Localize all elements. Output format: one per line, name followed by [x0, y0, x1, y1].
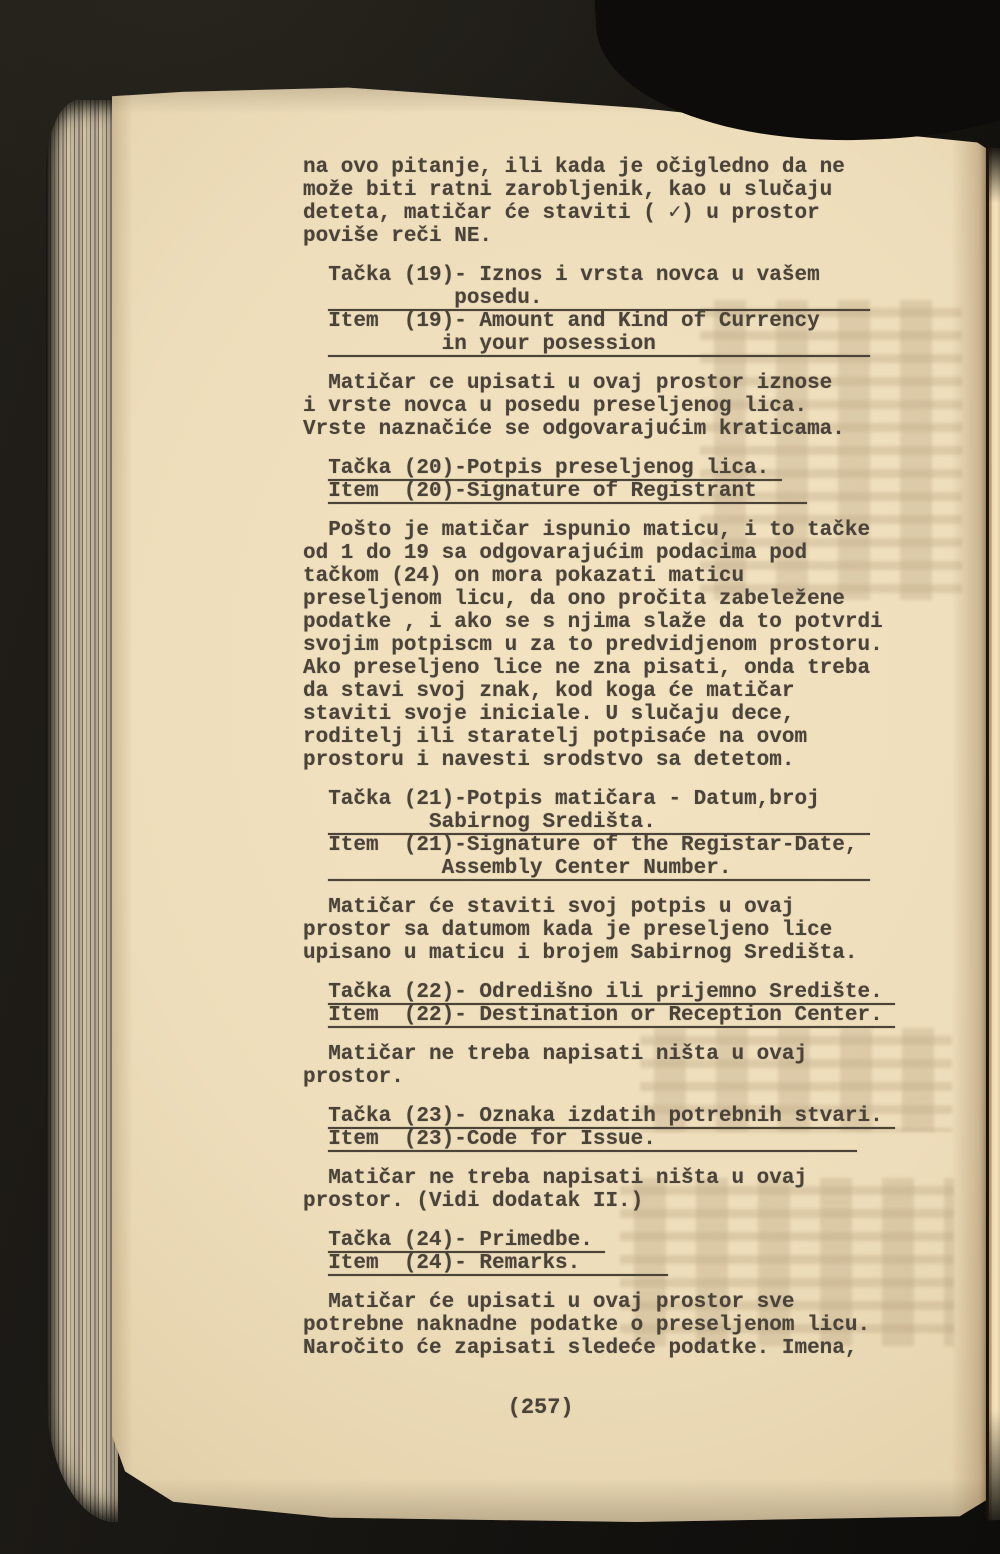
text-line: prostor sa datumom kada je preseljeno li…: [303, 919, 863, 942]
page-number: (257): [303, 1396, 778, 1419]
heading-line: Tačka (22)- Odredišno ili prijemno Sredi…: [328, 981, 863, 1004]
heading-line: Sabirnog Središta.: [328, 811, 863, 834]
underline-rule: [328, 355, 870, 357]
text-line: preseljenom licu, da ono pročita zabelež…: [303, 588, 863, 611]
page-text: na ovo pitanje, ili kada je očigledno da…: [303, 156, 863, 1419]
page-edges-stack: [46, 100, 118, 1522]
text-line: staviti svoje iniciale. U slučaju dece,: [303, 703, 863, 726]
paragraph: Matičar ne treba napisati ništa u ovajpr…: [303, 1167, 863, 1213]
text-line: deteta, matičar će staviti ( ✓) u prosto…: [303, 202, 863, 225]
paragraph: Matičar će staviti svoj potpis u ovajpro…: [303, 896, 863, 965]
text-line: na ovo pitanje, ili kada je očigledno da…: [303, 156, 863, 179]
item-heading: Tačka (22)- Odredišno ili prijemno Sredi…: [328, 981, 863, 1027]
text-line: upisano u maticu i brojem Sabirnog Sredi…: [303, 942, 863, 965]
item-heading: Tačka (24)- Primedbe.Item (24)- Remarks.: [328, 1229, 863, 1275]
item-heading: Tačka (19)- Iznos i vrsta novca u vašem …: [328, 264, 863, 356]
underline-rule: [328, 1026, 895, 1028]
paragraph: Matičar će upisati u ovaj prostor svepot…: [303, 1291, 863, 1360]
heading-line: Tačka (21)-Potpis matičara - Datum,broj: [328, 788, 863, 811]
heading-line: Item (23)-Code for Issue.: [328, 1128, 863, 1151]
heading-line: Tačka (20)-Potpis preseljenog lica.: [328, 457, 863, 480]
paragraph: Matičar ne treba napisati ništa u ovajpr…: [303, 1043, 863, 1089]
text-line: može biti ratni zarobljenik, kao u sluča…: [303, 179, 863, 202]
heading-line: Tačka (23)- Oznaka izdatih potrebnih stv…: [328, 1105, 863, 1128]
underline-rule: [328, 1274, 668, 1276]
text-line: da stavi svoj znak, kod koga će matičar: [303, 680, 863, 703]
underline-rule: [328, 879, 870, 881]
text-line: tačkom (24) on mora pokazati maticu: [303, 565, 863, 588]
text-line: roditelj ili staratelj potpisaće na ovom: [303, 726, 863, 749]
text-line: od 1 do 19 sa odgovarajućim podacima pod: [303, 542, 863, 565]
text-line: potrebne naknadne podatke o preseljenom …: [303, 1314, 863, 1337]
book-page: na ovo pitanje, ili kada je očigledno da…: [112, 76, 986, 1522]
text-line: svojim potpiscm u za to predvidjenom pro…: [303, 634, 863, 657]
text-line: Matičar će staviti svoj potpis u ovaj: [303, 896, 863, 919]
item-heading: Tačka (20)-Potpis preseljenog lica.Item …: [328, 457, 863, 503]
heading-line: Item (21)-Signature of the Registar-Date…: [328, 834, 863, 857]
text-line: Ako preseljeno lice ne zna pisati, onda …: [303, 657, 863, 680]
text-line: Naročito će zapisati sledeće podatke. Im…: [303, 1337, 863, 1360]
text-line: poviše reči NE.: [303, 225, 863, 248]
text-line: Matičar ce upisati u ovaj prostor iznose: [303, 372, 863, 395]
facing-page-edge: [989, 148, 1000, 1520]
text-line: Pošto je matičar ispunio maticu, i to ta…: [303, 519, 863, 542]
paragraph: na ovo pitanje, ili kada je očigledno da…: [303, 156, 863, 248]
underline-rule: [328, 502, 807, 504]
heading-line: Tačka (19)- Iznos i vrsta novca u vašem: [328, 264, 863, 287]
text-line: podatke , i ako se s njima slaže da to p…: [303, 611, 863, 634]
paragraph: Matičar ce upisati u ovaj prostor iznose…: [303, 372, 863, 441]
heading-line: posedu.: [328, 287, 863, 310]
text-line: Matičar ne treba napisati ništa u ovaj: [303, 1043, 863, 1066]
photo-background: na ovo pitanje, ili kada je očigledno da…: [0, 0, 1000, 1554]
underline-rule: [328, 1150, 857, 1152]
text-line: prostoru i navesti srodstvo sa detetom.: [303, 749, 863, 772]
text-line: prostor.: [303, 1066, 863, 1089]
heading-line: in your posession: [328, 333, 863, 356]
heading-line: Tačka (24)- Primedbe.: [328, 1229, 863, 1252]
text-line: Vrste naznačiće se odgovarajućim kratica…: [303, 418, 863, 441]
text-line: Matičar ne treba napisati ništa u ovaj: [303, 1167, 863, 1190]
heading-line: Item (19)- Amount and Kind of Currency: [328, 310, 863, 333]
text-line: Matičar će upisati u ovaj prostor sve: [303, 1291, 863, 1314]
item-heading: Tačka (21)-Potpis matičara - Datum,broj …: [328, 788, 863, 880]
heading-line: Assembly Center Number.: [328, 857, 863, 880]
heading-line: Item (20)-Signature of Registrant: [328, 480, 863, 503]
heading-line: Item (24)- Remarks.: [328, 1252, 863, 1275]
item-heading: Tačka (23)- Oznaka izdatih potrebnih stv…: [328, 1105, 863, 1151]
paragraph: Pošto je matičar ispunio maticu, i to ta…: [303, 519, 863, 772]
heading-line: Item (22)- Destination or Reception Cent…: [328, 1004, 863, 1027]
text-line: i vrste novca u posedu preseljenog lica.: [303, 395, 863, 418]
text-line: prostor. (Vidi dodatak II.): [303, 1190, 863, 1213]
